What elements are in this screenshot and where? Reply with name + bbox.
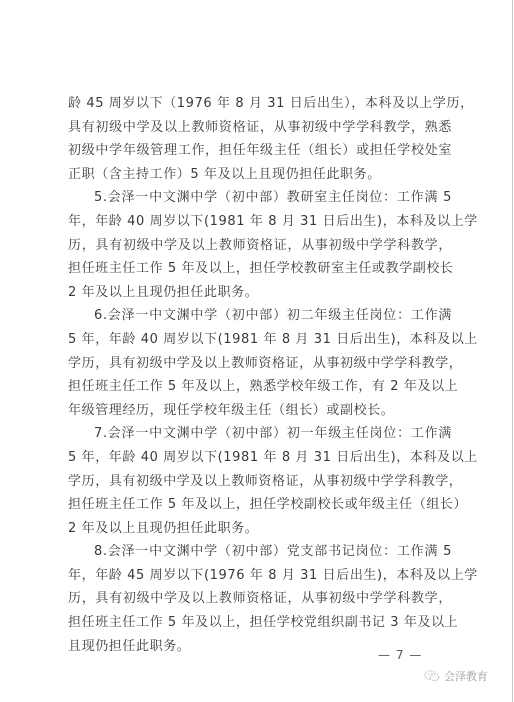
text-line: 龄 45 周岁以下（1976 年 8 月 31 日后出生），本科及以上学历， (68, 92, 452, 116)
text-line: 5 年，年龄 40 周岁以下(1981 年 8 月 31 日后出生)，本科及以上 (68, 446, 452, 470)
page-number: — 7 — (378, 648, 422, 662)
text-line: 正职（含主持工作）5 年及以上且现仍担任此职务。 (68, 163, 452, 187)
text-line: 5 年，年龄 40 周岁以下(1981 年 8 月 31 日后出生)，本科及以上 (68, 328, 452, 352)
text-line-item-7-heading: 7.会泽一中文渊中学（初中部）初一年级主任岗位：工作满 (68, 422, 452, 446)
text-line: 初级中学年级管理工作，担任年级主任（组长）或担任学校处室 (68, 139, 452, 163)
text-line-item-5-heading: 5.会泽一中文渊中学（初中部）教研室主任岗位：工作满 5 (68, 186, 452, 210)
document-body: 龄 45 周岁以下（1976 年 8 月 31 日后出生），本科及以上学历， 具… (68, 92, 452, 658)
text-line: 年，年龄 40 周岁以下(1981 年 8 月 31 日后出生)，本科及以上学 (68, 210, 452, 234)
text-line: 学历，具有初级中学及以上教师资格证，从事初级中学学科教学， (68, 470, 452, 494)
text-line: 年，年龄 45 周岁以下(1976 年 8 月 31 日后出生)，本科及以上学 (68, 564, 452, 588)
text-line: 学历，具有初级中学及以上教师资格证，从事初级中学学科教学， (68, 352, 452, 376)
text-line: 担任班主任工作 5 年及以上，担任学校党组织副书记 3 年及以上 (68, 611, 452, 635)
watermark: 会泽教育 (424, 668, 488, 684)
text-line: 历，具有初级中学及以上教师资格证，从事初级中学学科教学， (68, 234, 452, 258)
watermark-label: 会泽教育 (444, 668, 488, 684)
text-line-item-8-heading: 8.会泽一中文渊中学（初中部）党支部书记岗位：工作满 5 (68, 540, 452, 564)
text-line: 历，具有初级中学及以上教师资格证，从事初级中学学科教学， (68, 587, 452, 611)
wechat-icon (424, 670, 440, 682)
text-line: 2 年及以上且现仍担任此职务。 (68, 517, 452, 541)
text-line: 2 年及以上且现仍担任此职务。 (68, 281, 452, 305)
text-line: 担任班主任工作 5 年及以上，熟悉学校年级工作，有 2 年及以上 (68, 375, 452, 399)
text-line: 担任班主任工作 5 年及以上，担任学校教研室主任或教学副校长 (68, 257, 452, 281)
text-line-item-6-heading: 6.会泽一中文渊中学（初中部）初二年级主任岗位：工作满 (68, 304, 452, 328)
text-line: 具有初级中学及以上教师资格证，从事初级中学学科教学，熟悉 (68, 116, 452, 140)
page-edge-divider (512, 0, 513, 702)
text-line: 年级管理经历，现任学校年级主任（组长）或副校长。 (68, 399, 452, 423)
text-line: 担任班主任工作 5 年及以上，担任学校副校长或年级主任（组长） (68, 493, 452, 517)
